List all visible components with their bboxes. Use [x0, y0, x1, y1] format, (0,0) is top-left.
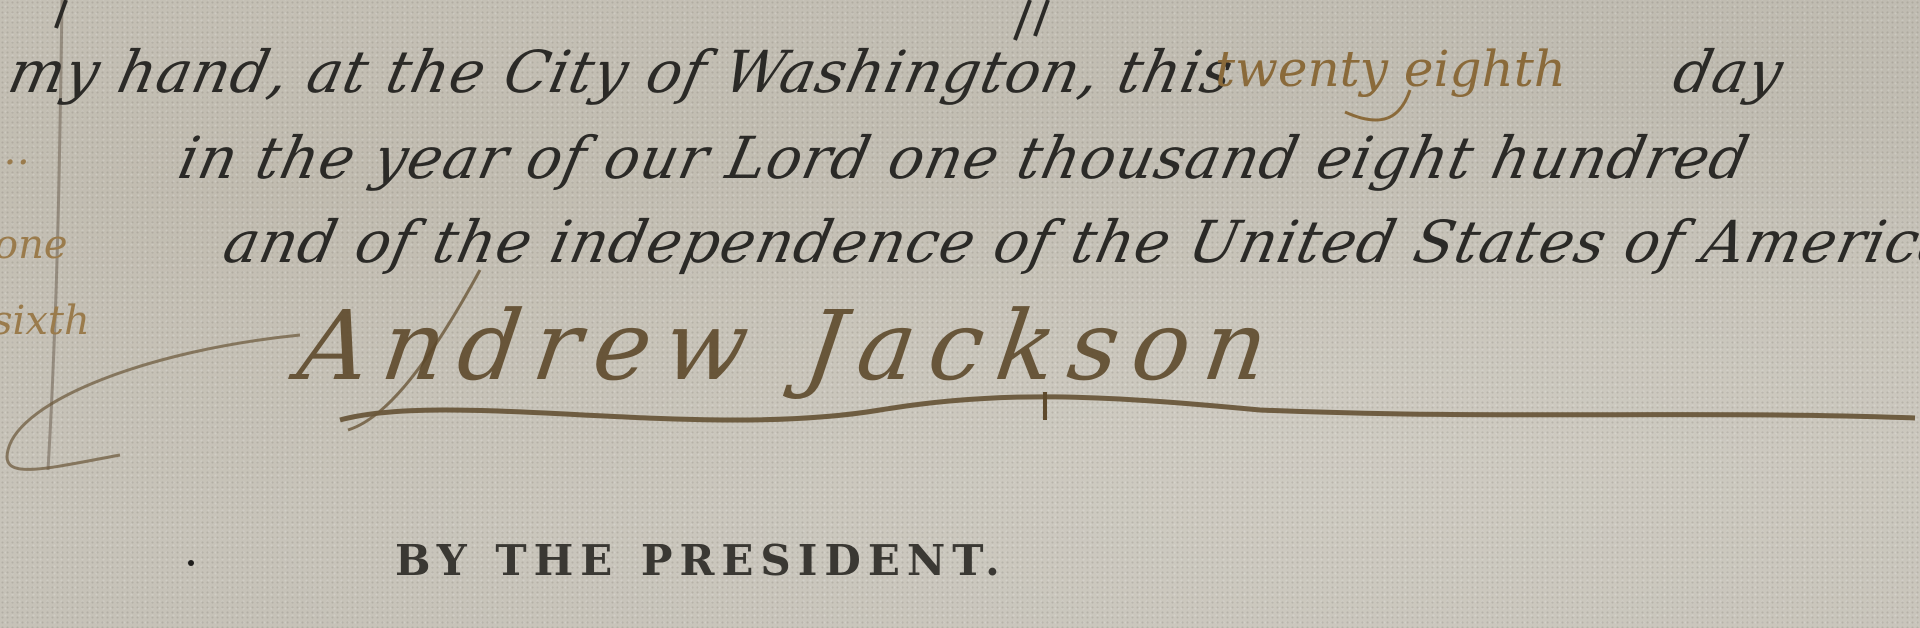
printed-day-label: day — [1668, 38, 1790, 106]
printed-line-3: and of the independence of the United St… — [218, 208, 1920, 276]
by-the-president-caption: BY THE PRESIDENT. — [395, 536, 1007, 585]
document-page: my hand, at the City of Washington, this… — [0, 0, 1920, 628]
margin-note-3: sixth — [0, 298, 90, 344]
ink-dot — [188, 560, 194, 566]
signature: Andrew Jackson — [292, 290, 1288, 402]
printed-line-1-text: my hand, at the City of Washington, this — [3, 38, 1240, 106]
printed-line-1: my hand, at the City of Washington, this — [3, 38, 1240, 106]
handwritten-day-of-month: twenty eighth — [1215, 40, 1566, 98]
printed-line-2: in the year of our Lord one thousand eig… — [173, 124, 1756, 192]
margin-note-1: … — [0, 128, 30, 174]
margin-note-2: one — [0, 222, 68, 268]
